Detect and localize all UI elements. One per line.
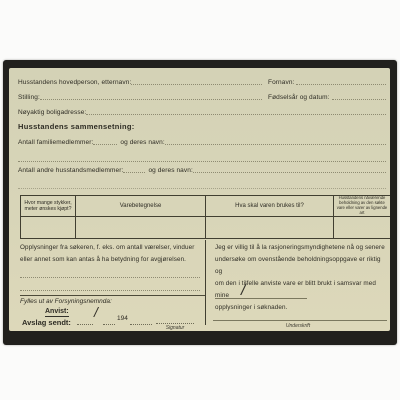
col-header-beholdning: Husstandens nåværende beholdning av den … xyxy=(334,196,390,217)
date-fill-line xyxy=(103,324,115,325)
note-line: opplysninger i søknaden. xyxy=(215,302,388,314)
note-line: undersøke om ovenstående beholdningsoppg… xyxy=(215,254,388,278)
label-fodselsar: Fødselsår og datum: xyxy=(268,94,330,101)
fill-line xyxy=(18,161,386,162)
col-header-bruk: Hva skal varen brukes til? xyxy=(206,196,334,217)
col-header-varebetegnelse: Varebetegnelse xyxy=(76,196,206,217)
anvist-label: Anvist: xyxy=(45,308,69,317)
label-boligadresse: Nøyaktig boligadresse: xyxy=(18,109,86,116)
applicant-info-note: Opplysninger fra søkeren, f. eks. om ant… xyxy=(20,242,202,266)
form-card: Husstandens hovedperson, etternavn: Forn… xyxy=(3,60,397,345)
form-paper: Husstandens hovedperson, etternavn: Forn… xyxy=(9,68,390,331)
note-line: Opplysninger fra søkeren, f. eks. om ant… xyxy=(20,242,202,254)
fill-line xyxy=(18,188,386,189)
office-use-label: Fylles ut av Forsyningsnemnda: xyxy=(20,298,112,305)
signatur-label: Signatur xyxy=(156,325,194,331)
label-og-deres-navn-1: og deres navn: xyxy=(120,139,164,146)
fill-line xyxy=(131,84,262,85)
year-prefix: 194 xyxy=(117,315,128,322)
row-familiemedlemmer: Antall familiemedlemmer: og deres navn: xyxy=(18,139,386,146)
fill-line xyxy=(332,99,386,100)
label-fornavn: Fornavn: xyxy=(268,79,294,86)
row-stilling: Stilling: Fødselsår og datum: xyxy=(18,94,386,101)
signature-line xyxy=(156,323,194,324)
table-cell-empty xyxy=(334,217,390,238)
table-cell-empty xyxy=(206,217,334,238)
footer-date-slash: / xyxy=(94,304,98,320)
fill-line xyxy=(86,114,386,115)
footer-separator-line xyxy=(20,295,205,296)
label-stilling: Stilling: xyxy=(18,94,40,101)
label-antall-familiemedlemmer: Antall familiemedlemmer: xyxy=(18,139,93,146)
label-og-deres-navn-2: og deres navn: xyxy=(148,167,192,174)
label-antall-andre: Antall andre husstandsmedlemmer: xyxy=(18,167,123,174)
row-head-person: Husstandens hovedperson, etternavn: Forn… xyxy=(18,79,386,86)
fill-line xyxy=(20,290,200,291)
section-divider xyxy=(205,240,206,325)
declaration-note: Jeg er villig til å la rasjoneringsmyndi… xyxy=(215,242,388,314)
section-title-sammensetning: Husstandens sammensetning: xyxy=(18,122,135,131)
date-line xyxy=(215,298,307,299)
avslag-sendt-label: Avslag sendt: xyxy=(22,318,71,327)
date-slash: / xyxy=(241,282,245,300)
fill-line xyxy=(296,84,386,85)
row-adresse: Nøyaktig boligadresse: xyxy=(18,109,386,116)
fill-line xyxy=(93,144,117,145)
fill-line xyxy=(193,172,386,173)
table-cell-empty xyxy=(76,217,206,238)
row-andre-husstandsmedlemmer: Antall andre husstandsmedlemmer: og dere… xyxy=(18,167,386,174)
label-etternavn: Husstandens hovedperson, etternavn: xyxy=(18,79,131,86)
underskrift-label: Underskrift xyxy=(253,323,343,329)
fill-line xyxy=(165,144,386,145)
fill-line xyxy=(20,277,200,278)
date-fill-line xyxy=(77,324,93,325)
goods-table: Hvor mange stykker, meter ønskes kjøpt? … xyxy=(20,195,390,239)
col-header-quantity: Hvor mange stykker, meter ønskes kjøpt? xyxy=(21,196,76,217)
date-fill-line xyxy=(130,324,152,325)
fill-line xyxy=(40,99,262,100)
table-cell-empty xyxy=(21,217,76,238)
note-line: eller annet som kan antas å ha betydning… xyxy=(20,254,202,266)
note-line: Jeg er villig til å la rasjoneringsmyndi… xyxy=(215,242,388,254)
fill-line xyxy=(123,172,145,173)
underskrift-line xyxy=(213,320,387,321)
